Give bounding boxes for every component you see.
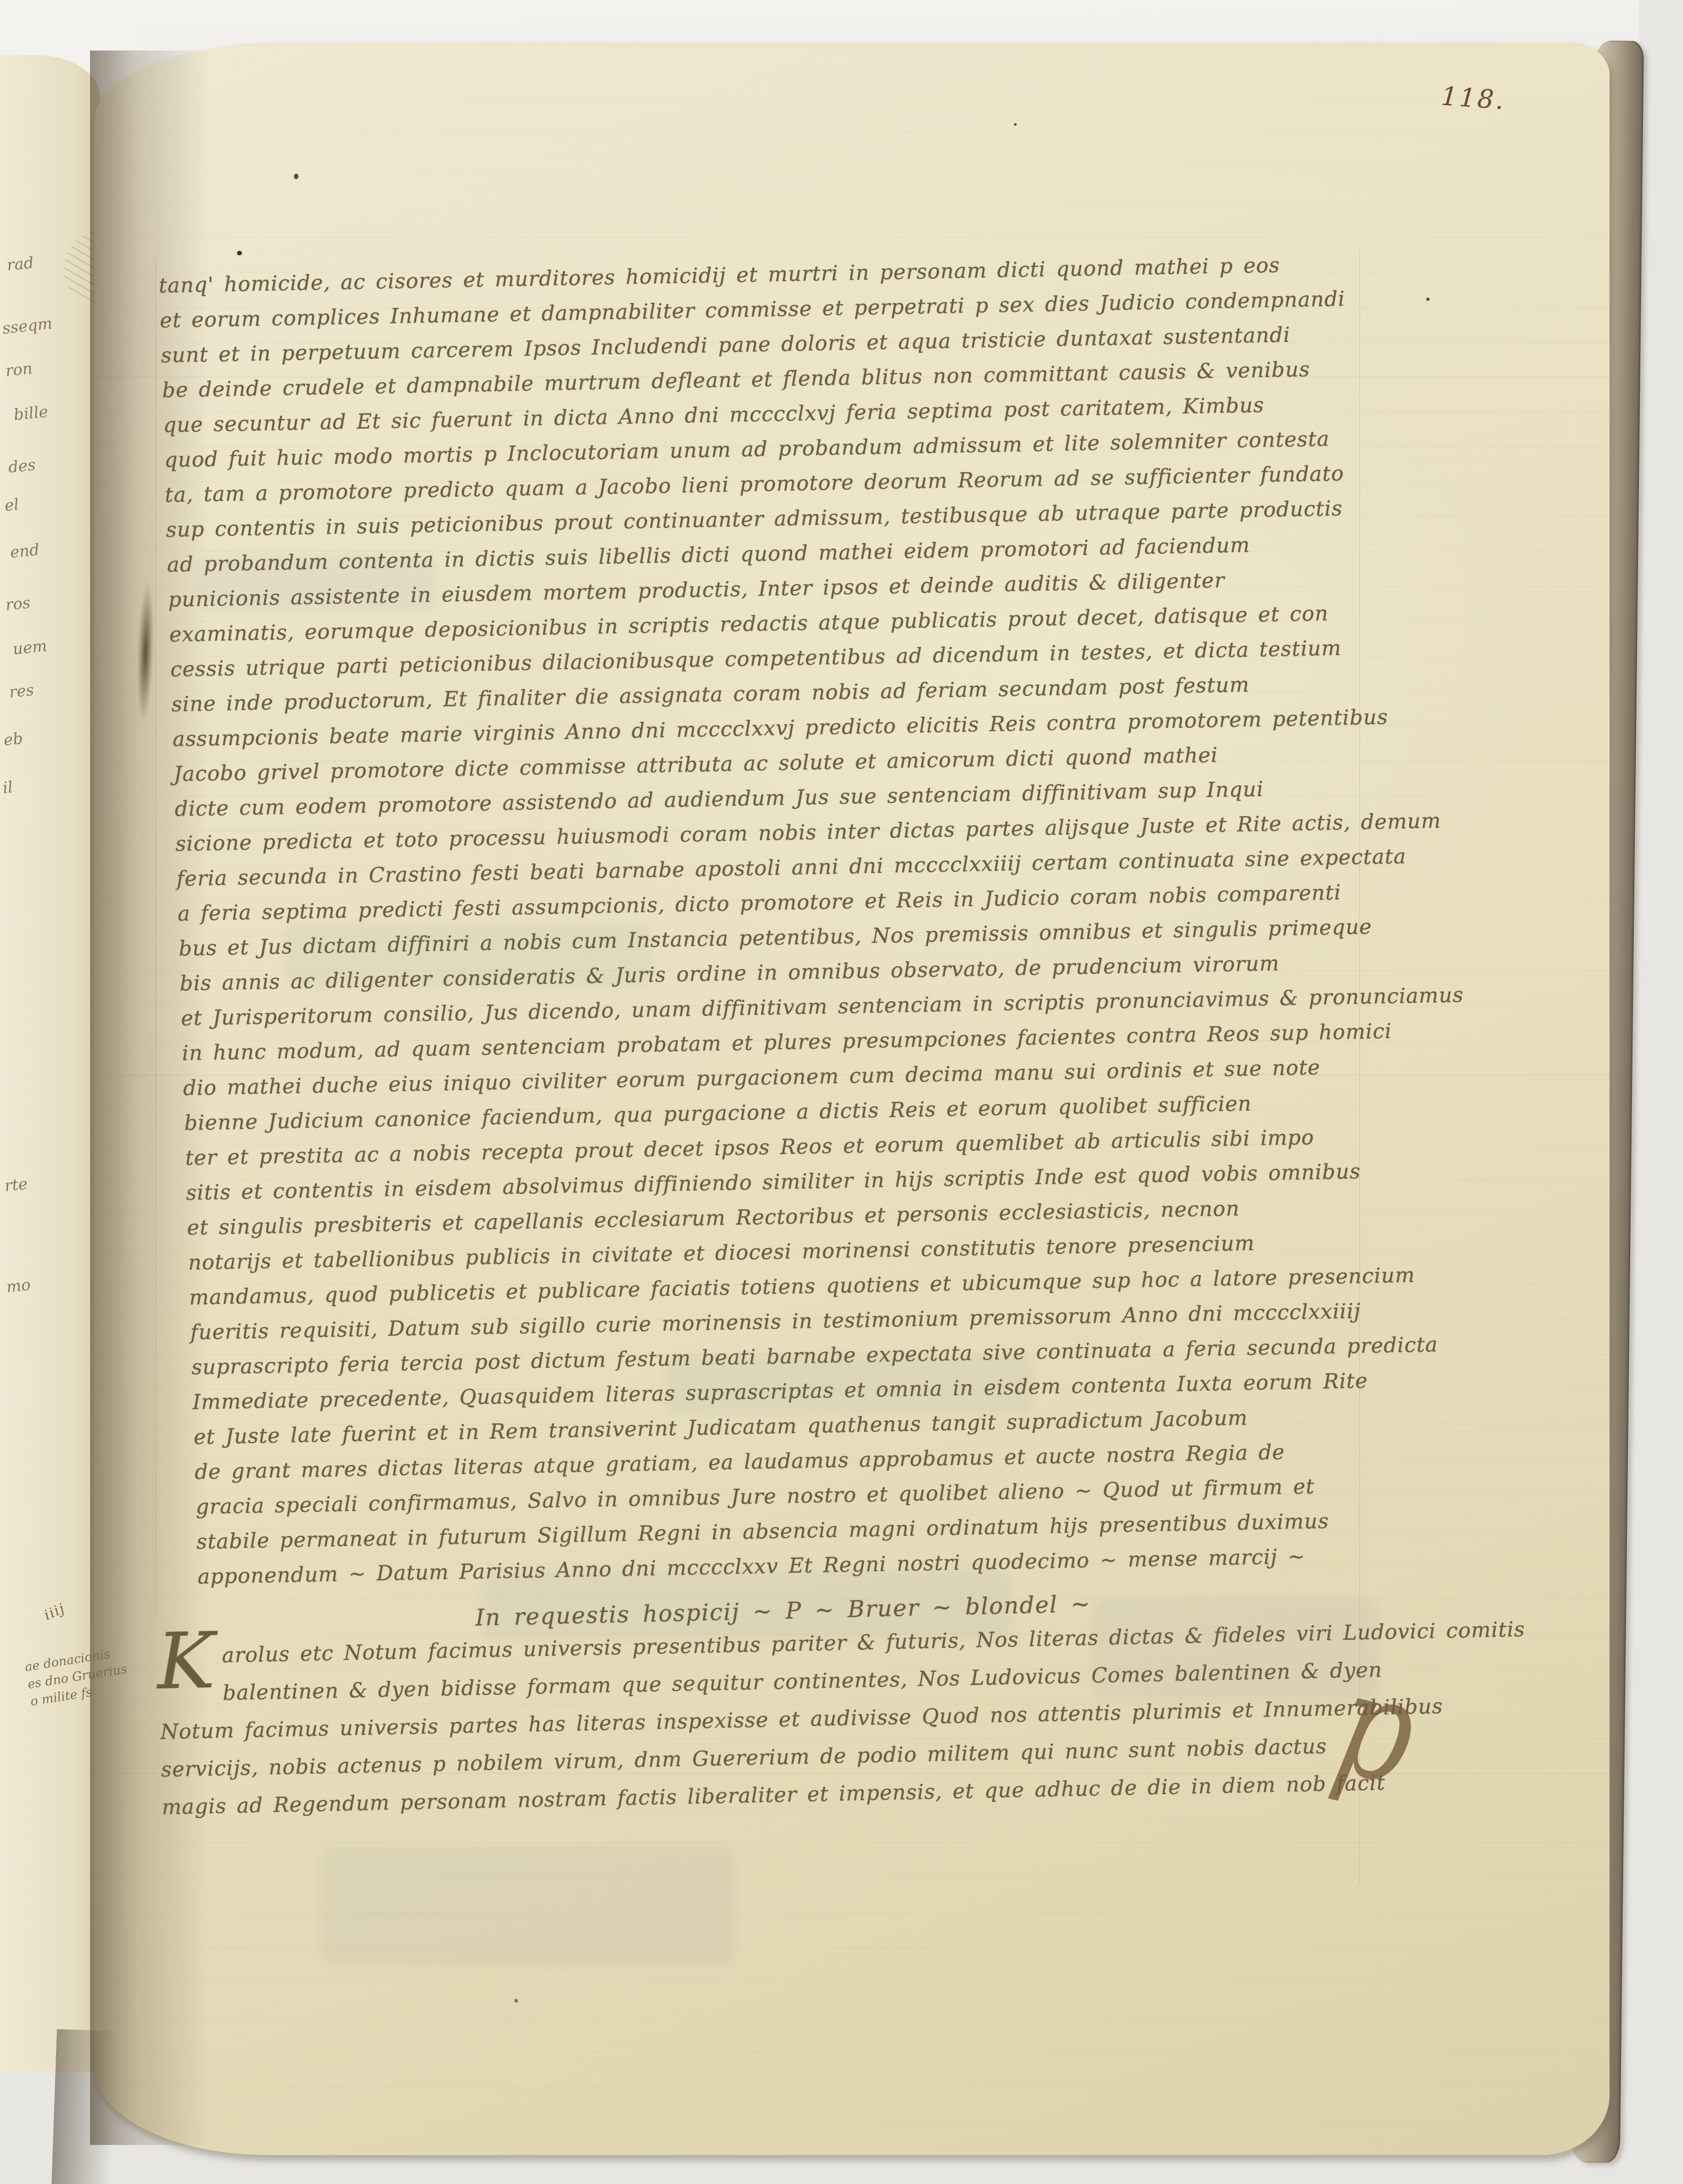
verso-fragment: uem (12, 637, 48, 659)
paragraph-2-lines: arolus etc Notum facimus universis prese… (158, 1614, 1374, 1826)
main-text-paragraph-2: K arolus etc Notum facimus universis pre… (158, 1614, 1374, 1826)
verso-fragment: ron (5, 359, 33, 380)
verso-fragment: rte (4, 1174, 28, 1195)
verso-fragment: rad (6, 254, 34, 275)
folio-number: 118. (1440, 81, 1507, 116)
verso-fragment: bille (13, 402, 49, 424)
verso-fragment: end (9, 541, 40, 562)
verso-fragment: res (8, 681, 35, 701)
previous-page-leaf (0, 55, 100, 2071)
parchment-speck (294, 174, 298, 179)
parchment-speck (237, 251, 242, 255)
ink-showthrough (321, 1846, 735, 1966)
parchment-speck (514, 1999, 518, 2003)
main-text-paragraph-1: tanq' homicide, ac cisores et murditores… (158, 246, 1395, 1595)
parchment-speck (1426, 298, 1430, 301)
manuscript-photo: radsseqmronbilledeselendrosuemresebilrte… (0, 0, 1683, 2184)
verso-fragment: des (7, 456, 36, 477)
decorated-initial: K (157, 1633, 215, 1689)
bottom-left-shadow (51, 2029, 117, 2184)
parchment-speck (1014, 123, 1017, 126)
verso-fragment: il (2, 778, 14, 797)
verso-fragment: eb (3, 729, 24, 750)
verso-fragment: mo (6, 1275, 32, 1296)
verso-fragment: ros (5, 593, 31, 614)
verso-fragment: el (4, 495, 20, 515)
